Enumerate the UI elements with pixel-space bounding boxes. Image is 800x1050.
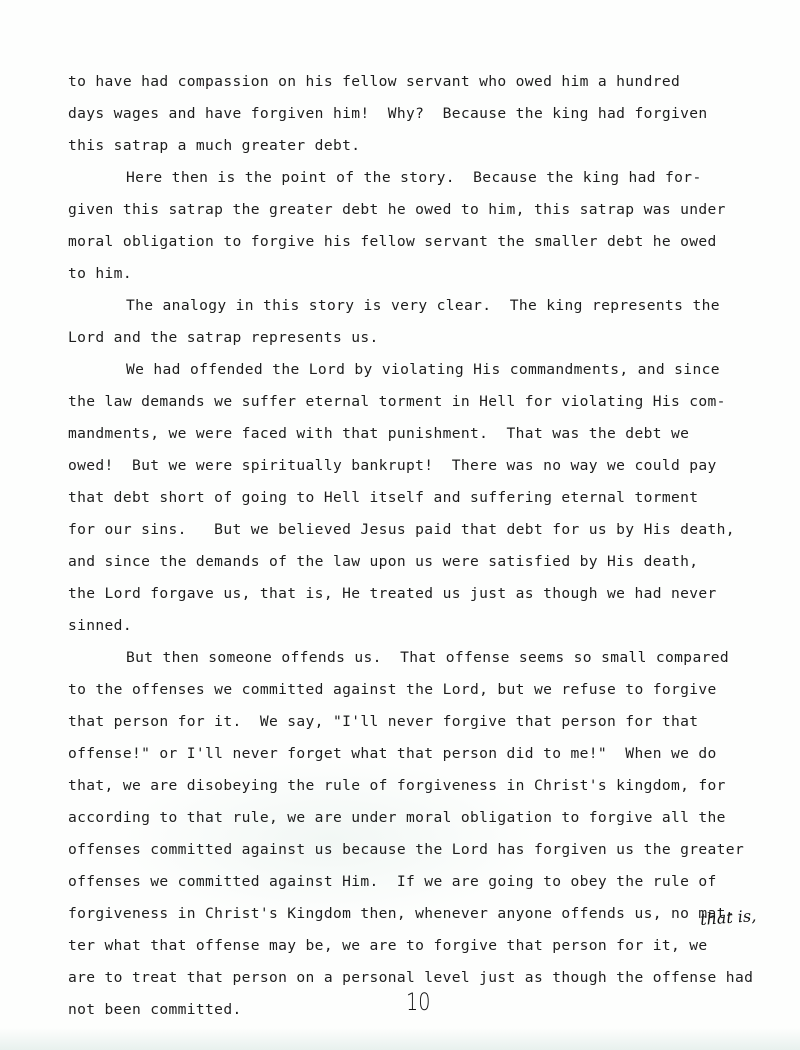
- text-line: But then someone offends us. That offens…: [68, 642, 788, 674]
- text-line: forgiveness in Christ's Kingdom then, wh…: [68, 898, 788, 930]
- text-line: that debt short of going to Hell itself …: [68, 482, 788, 514]
- text-line: the Lord forgave us, that is, He treated…: [68, 578, 788, 610]
- text-line: offense!" or I'll never forget what that…: [68, 738, 788, 770]
- text-line: owed! But we were spiritually bankrupt! …: [68, 450, 788, 482]
- text-line: mandments, we were faced with that punis…: [68, 418, 788, 450]
- text-line: the law demands we suffer eternal tormen…: [68, 386, 788, 418]
- text-line: and since the demands of the law upon us…: [68, 546, 788, 578]
- text-line: The analogy in this story is very clear.…: [68, 290, 788, 322]
- text-line: moral obligation to forgive his fellow s…: [68, 226, 788, 258]
- text-line: to the offenses we committed against the…: [68, 674, 788, 706]
- text-line: Lord and the satrap represents us.: [68, 322, 788, 354]
- page-number: 10: [406, 988, 430, 1016]
- text-line: according to that rule, we are under mor…: [68, 802, 788, 834]
- text-line: days wages and have forgiven him! Why? B…: [68, 98, 788, 130]
- text-line: ter what that offense may be, we are to …: [68, 930, 788, 962]
- text-line: We had offended the Lord by violating Hi…: [68, 354, 788, 386]
- text-line: offenses committed against us because th…: [68, 834, 788, 866]
- paper-edge-tint: [0, 1028, 800, 1050]
- text-line: offenses we committed against Him. If we…: [68, 866, 788, 898]
- text-line: to him.: [68, 258, 788, 290]
- handwritten-annotation: that is,: [699, 906, 756, 929]
- text-line: for our sins. But we believed Jesus paid…: [68, 514, 788, 546]
- text-line: sinned.: [68, 610, 788, 642]
- text-line: that person for it. We say, "I'll never …: [68, 706, 788, 738]
- text-line: to have had compassion on his fellow ser…: [68, 66, 788, 98]
- text-line: Here then is the point of the story. Bec…: [68, 162, 788, 194]
- typewritten-page-body: to have had compassion on his fellow ser…: [68, 66, 788, 1026]
- text-line: that, we are disobeying the rule of forg…: [68, 770, 788, 802]
- text-line: this satrap a much greater debt.: [68, 130, 788, 162]
- text-line: given this satrap the greater debt he ow…: [68, 194, 788, 226]
